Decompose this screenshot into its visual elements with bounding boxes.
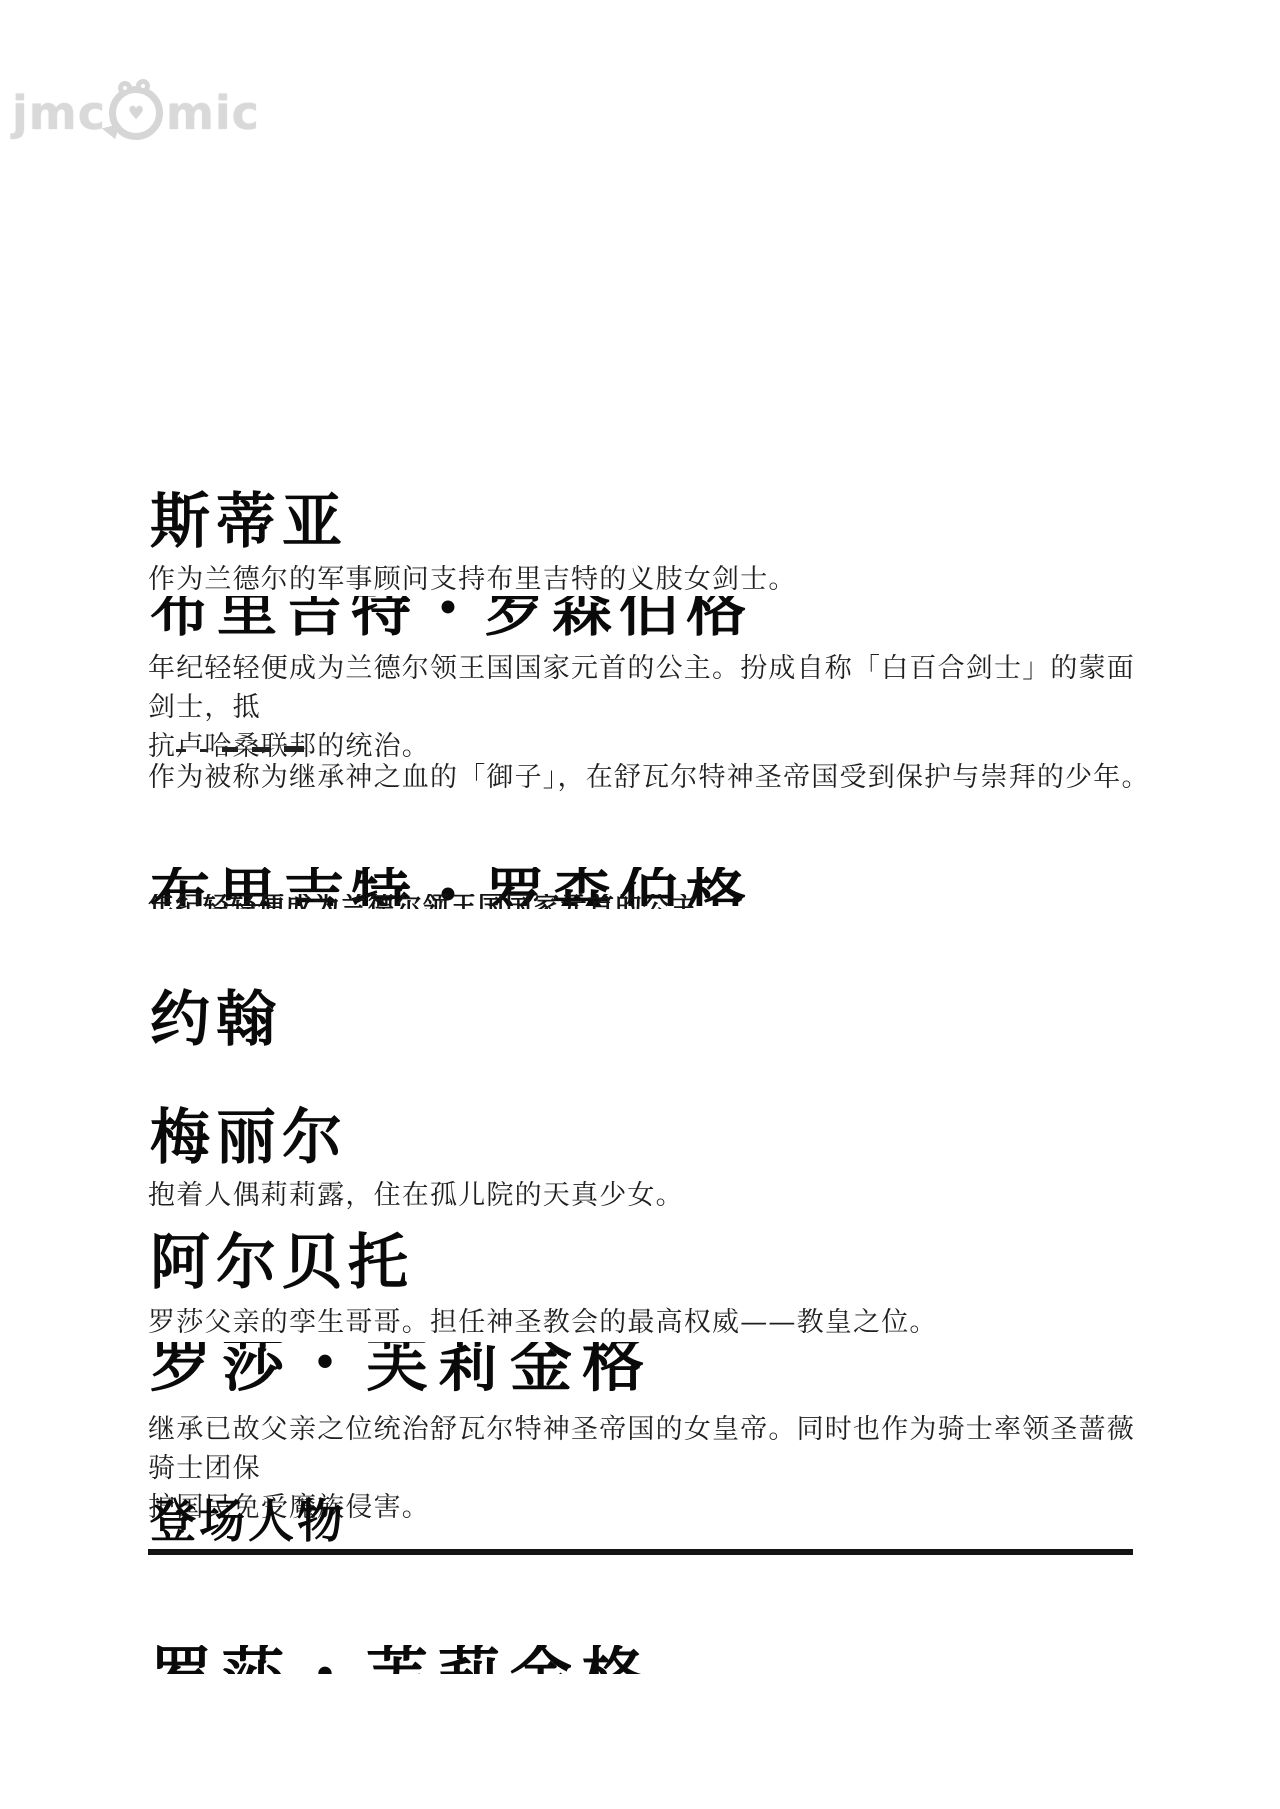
jmcomic-watermark-logo: jmc ♥ mic	[12, 86, 260, 140]
character-name-rosa-clipped-top: 罗莎・芙莉金格	[150, 1645, 1150, 1674]
clipped-small-text-strip: 年纪轻轻便成为兰德尔领王国国家元首的公主	[148, 894, 768, 909]
character-name-stiya: 斯蒂亚	[150, 492, 348, 552]
character-desc-miko: 作为被称为继承神之血的「御子」，在舒瓦尔特神圣帝国受到保护与崇拜的少年。	[148, 758, 1153, 797]
section-divider-rule	[148, 1549, 1133, 1555]
character-desc-stiya: 作为兰德尔的军事顾问支持布里吉特的义肢女剑士。	[148, 560, 1153, 599]
ebook-page: { "watermark": { "left": "jmc", "right":…	[0, 0, 1280, 1809]
character-name-meryl: 梅丽尔	[150, 1108, 348, 1168]
watermark-text-left: jmc	[12, 86, 106, 140]
character-desc-meryl: 抱着人偶莉莉露，住在孤儿院的天真少女。	[148, 1176, 1153, 1215]
character-name-john: 约翰	[150, 990, 282, 1050]
character-desc-alberto: 罗莎父亲的孪生哥哥。担任神圣教会的最高权威——教皇之位。	[148, 1303, 1153, 1342]
cast-list-title: 登场人物	[150, 1498, 346, 1544]
heart-icon: ♥	[128, 105, 145, 123]
fish-mascot-icon: ♥	[109, 86, 163, 140]
watermark-text-right: mic	[166, 86, 260, 140]
clipped-text-fragment	[176, 746, 304, 752]
character-name-rosa: 罗莎・芙莉金格	[150, 1342, 1150, 1399]
character-name-brigitte-clipped-bottom-half: 布里吉特・罗森伯格	[150, 596, 1150, 642]
character-name-alberto: 阿尔贝托	[150, 1233, 414, 1293]
